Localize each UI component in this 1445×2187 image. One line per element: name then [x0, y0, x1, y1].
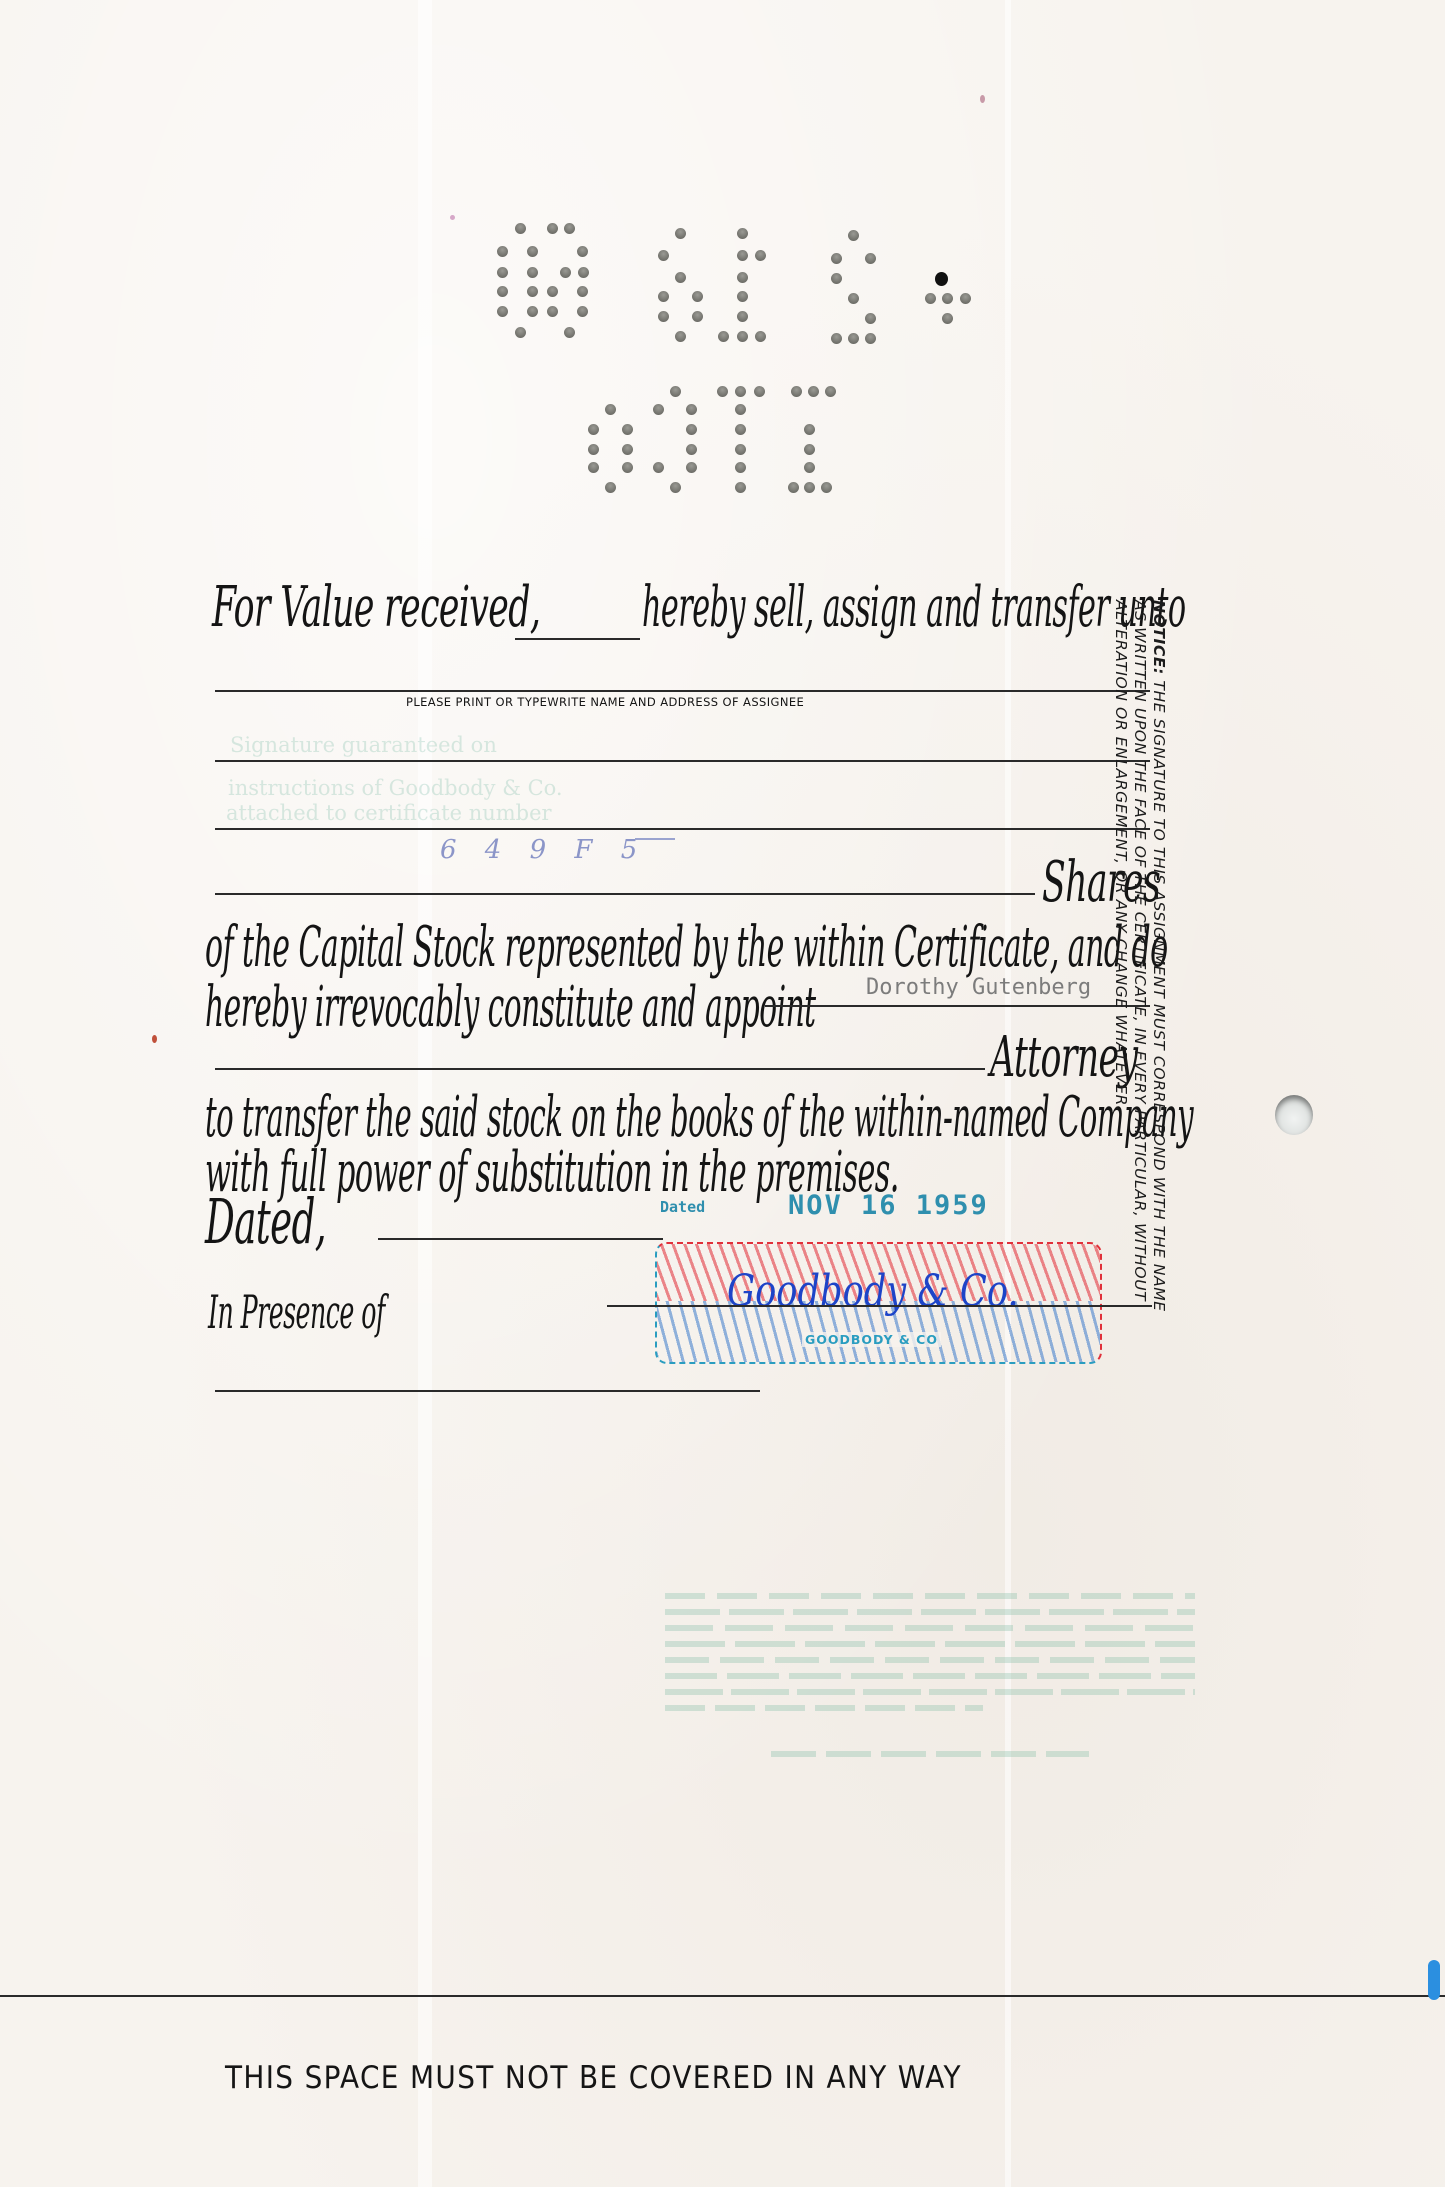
attorney-name-typed: Dorothy Gutenberg: [866, 975, 1091, 1000]
capital-stock-line: of the Capital Stock represented by the …: [205, 915, 1168, 980]
handwritten-shares-count: 6 4 9 F 5: [440, 835, 647, 865]
attorney-name-line[interactable]: [765, 1005, 1150, 1007]
constitute-appoint-line: hereby irrevocably constitute and appoin…: [205, 975, 816, 1040]
in-presence-of-label: In Presence of: [208, 1285, 385, 1339]
notice-heading: NOTICE:: [1150, 600, 1168, 675]
faded-show-through-text: [665, 1585, 1195, 1885]
assignee-line-2[interactable]: [215, 760, 1150, 762]
paper-speck: [980, 95, 985, 103]
dated-line[interactable]: [378, 1238, 663, 1240]
witness-line[interactable]: [215, 1390, 760, 1392]
assignee-line-1[interactable]: [215, 690, 1150, 692]
signature-notice: NOTICE: THE SIGNATURE TO THIS ASSIGNMENT…: [1111, 600, 1168, 1390]
footer-notice: THIS SPACE MUST NOT BE COVERED IN ANY WA…: [225, 2060, 962, 2096]
signature-line[interactable]: [607, 1305, 1152, 1307]
stamp-firm-name: GOODBODY & CO: [802, 1332, 941, 1347]
assignee-line-3[interactable]: [215, 828, 1150, 830]
faded-guarantee-1: Signature guaranteed on: [230, 735, 497, 755]
stamp-date: NOV 16 1959: [788, 1190, 989, 1221]
paper-speck: [152, 1035, 157, 1043]
notice-line-3: ALTERATION OR ENLARGEMENT, OR ANY CHANGE…: [1111, 600, 1130, 1390]
shares-line[interactable]: [215, 893, 1035, 895]
paper-speck: [1428, 1960, 1440, 2000]
footer-rule: [0, 1995, 1445, 1997]
attorney-line[interactable]: [215, 1068, 985, 1070]
guarantee-signature-stamp: Goodbody & Co. GOODBODY & CO: [655, 1242, 1102, 1364]
dated-label: Dated,: [205, 1185, 326, 1258]
punch-hole: [1275, 1095, 1313, 1135]
paper-speck: [450, 215, 455, 220]
for-value-received-label: For Value received,: [212, 575, 540, 640]
handwritten-dash: [635, 838, 675, 840]
stamp-dated-prefix: Dated: [660, 1198, 705, 1216]
sell-assign-transfer-label: hereby sell, assign and transfer unto: [642, 575, 1186, 640]
notice-line-2: AS WRITTEN UPON THE FACE OF THE CERTIFIC…: [1130, 600, 1149, 1390]
assignor-blank: [515, 638, 640, 640]
faded-guarantee-3: attached to certificate number: [226, 803, 552, 823]
stamp-signature: Goodbody & Co.: [727, 1266, 1019, 1317]
faded-guarantee-2: instructions of Goodbody & Co.: [228, 778, 563, 798]
notice-line-1: THE SIGNATURE TO THIS ASSIGNMENT MUST CO…: [1150, 680, 1168, 1311]
assignee-caption: PLEASE PRINT OR TYPEWRITE NAME AND ADDRE…: [406, 695, 804, 709]
